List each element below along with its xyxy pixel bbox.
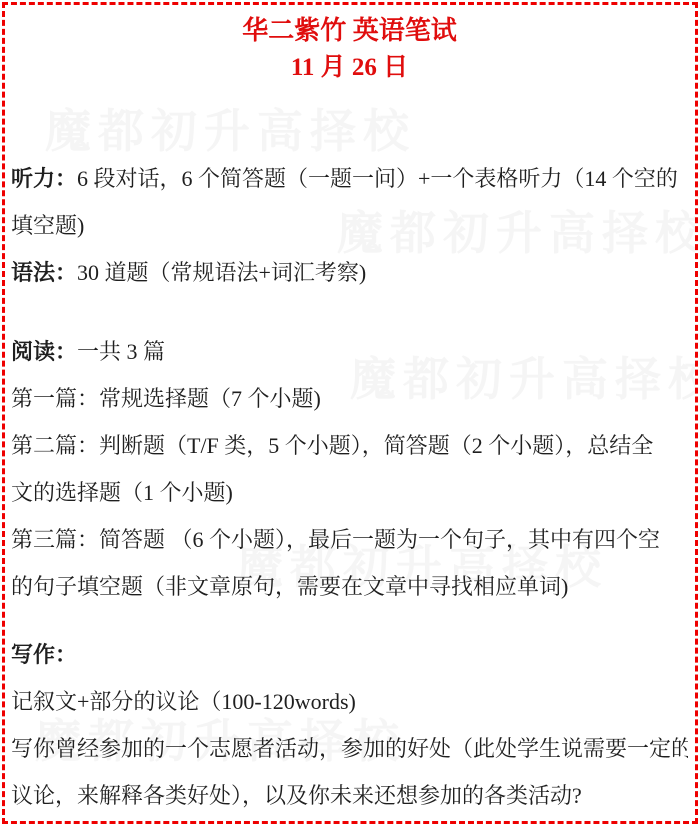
exam-date: 11 月 26 日: [11, 51, 688, 85]
writing-line-4: 议论，来解释各类好处），以及你未来还想参加的各类活动?: [11, 772, 688, 819]
passage-2-text-cont: 文的选择题（1 个小题): [11, 480, 233, 505]
passage-3-text: 第三篇：简答题 （6 个小题），最后一题为一个句子，其中有四个空: [11, 527, 660, 552]
listening-line-1: 听力：6 段对话，6 个简答题（一题一问）+一个表格听力（14 个空的: [11, 155, 688, 202]
writing-prompt-text: 写你曾经参加的一个志愿者活动，参加的好处（此处学生说需要一定的: [11, 736, 688, 761]
writing-line-1: 写作：: [11, 631, 688, 678]
listening-label: 听力：: [11, 166, 77, 191]
listening-line-2: 填空题): [11, 202, 688, 249]
passage-1-text: 第一篇：常规选择题（7 个小题): [11, 386, 321, 411]
writing-prompt-text-cont: 议论，来解释各类好处），以及你未来还想参加的各类活动?: [11, 783, 582, 808]
listening-text-cont: 填空题): [11, 213, 84, 238]
reading-line-3: 第二篇：判断题（T/F 类，5 个小题），简答题（2 个小题），总结全: [11, 422, 688, 469]
reading-line-1: 阅读：一共 3 篇: [11, 328, 688, 375]
reading-text: 一共 3 篇: [77, 339, 165, 364]
writing-genre-text: 记叙文+部分的议论（100-120words): [11, 689, 356, 714]
reading-line-5: 第三篇：简答题 （6 个小题），最后一题为一个句子，其中有四个空: [11, 516, 688, 563]
page-title: 华二紫竹 英语笔试: [11, 14, 688, 48]
writing-line-3: 写你曾经参加的一个志愿者活动，参加的好处（此处学生说需要一定的: [11, 725, 688, 772]
section-writing: 写作： 记叙文+部分的议论（100-120words) 写你曾经参加的一个志愿者…: [11, 631, 688, 819]
reading-label: 阅读：: [11, 339, 77, 364]
writing-line-2: 记叙文+部分的议论（100-120words): [11, 678, 688, 725]
grammar-label: 语法：: [11, 260, 77, 285]
document-content: 华二紫竹 英语笔试 11 月 26 日 听力：6 段对话，6 个简答题（一题一问…: [5, 14, 695, 819]
document-page: 魔都初升高择校 魔都初升高择校 魔都初升高择校 魔都初升高择校 魔都初升高择校 …: [2, 2, 698, 824]
grammar-text: 30 道题（常规语法+词汇考察): [77, 260, 366, 285]
reading-line-4: 文的选择题（1 个小题): [11, 469, 688, 516]
reading-line-6: 的句子填空题（非文章原句，需要在文章中寻找相应单词): [11, 563, 688, 610]
reading-line-2: 第一篇：常规选择题（7 个小题): [11, 375, 688, 422]
grammar-line: 语法：30 道题（常规语法+词汇考察): [11, 249, 688, 296]
section-reading: 阅读：一共 3 篇 第一篇：常规选择题（7 个小题) 第二篇：判断题（T/F 类…: [11, 328, 688, 610]
passage-2-text: 第二篇：判断题（T/F 类，5 个小题），简答题（2 个小题），总结全: [11, 433, 653, 458]
writing-label: 写作：: [11, 642, 77, 667]
passage-3-text-cont: 的句子填空题（非文章原句，需要在文章中寻找相应单词): [11, 574, 568, 599]
listening-text: 6 段对话，6 个简答题（一题一问）+一个表格听力（14 个空的: [77, 166, 678, 191]
section-listening-grammar: 听力：6 段对话，6 个简答题（一题一问）+一个表格听力（14 个空的 填空题)…: [11, 155, 688, 296]
